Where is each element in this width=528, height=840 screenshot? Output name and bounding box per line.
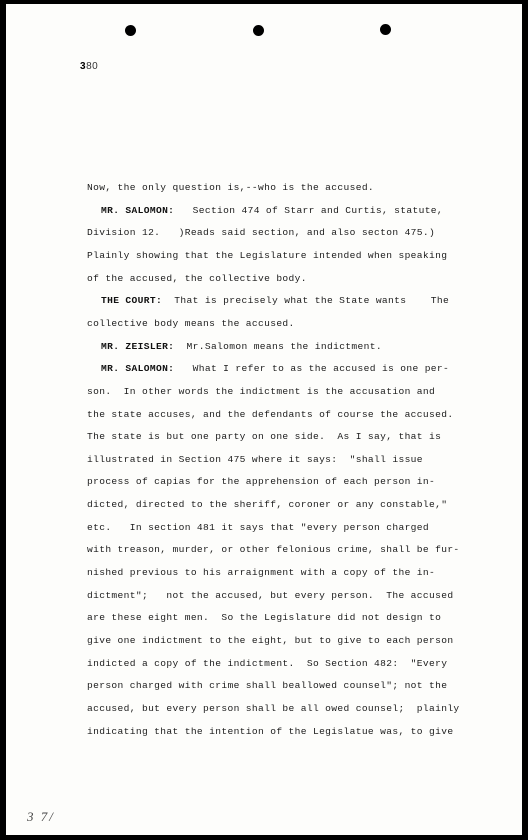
speaker-label: MR. ZEISLER: — [101, 341, 174, 352]
transcript-line: MR. SALOMON: What I refer to as the accu… — [101, 363, 449, 375]
transcript-line: person charged with crime shall beallowe… — [87, 680, 447, 692]
transcript-line: collective body means the accused. — [87, 318, 295, 330]
line-text: Plainly showing that the Legislature int… — [87, 250, 447, 261]
transcript-line: Plainly showing that the Legislature int… — [87, 250, 447, 262]
transcript-line: of the accused, the collective body. — [87, 273, 307, 285]
transcript-line: dicted, directed to the sheriff, coroner… — [87, 499, 447, 511]
transcript-line: illustrated in Section 475 where it says… — [87, 454, 423, 466]
transcript-line: MR. SALOMON: Section 474 of Starr and Cu… — [101, 205, 443, 217]
line-text: process of capias for the apprehension o… — [87, 476, 435, 487]
transcript-line: indicating that the intention of the Leg… — [87, 726, 453, 738]
page-number: 380 — [80, 61, 98, 72]
line-text: Section 474 of Starr and Curtis, statute… — [174, 205, 443, 216]
speaker-label: MR. SALOMON: — [101, 205, 174, 216]
line-text: That is precisely what the State wants T… — [162, 295, 449, 306]
transcript-line: THE COURT: That is precisely what the St… — [101, 295, 449, 307]
line-text: are these eight men. So the Legislature … — [87, 612, 441, 623]
transcript-line: nished previous to his arraignment with … — [87, 567, 435, 579]
transcript-line: etc. In section 481 it says that "every … — [87, 522, 429, 534]
punch-hole-left — [125, 25, 136, 36]
punch-hole-center — [253, 25, 264, 36]
transcript-line: son. In other words the indictment is th… — [87, 386, 435, 398]
document-page: 380 Now, the only question is,--who is t… — [6, 4, 522, 835]
line-text: The state is but one party on one side. … — [87, 431, 441, 442]
punch-hole-right — [380, 24, 391, 35]
line-text: accused, but every person shall be all o… — [87, 703, 460, 714]
speaker-label: MR. SALOMON: — [101, 363, 174, 374]
footer-number: 3 7/ — [27, 809, 55, 825]
line-text: person charged with crime shall beallowe… — [87, 680, 447, 691]
line-text: dicted, directed to the sheriff, coroner… — [87, 499, 447, 510]
line-text: indicted a copy of the indictment. So Se… — [87, 658, 447, 669]
line-text: son. In other words the indictment is th… — [87, 386, 435, 397]
line-text: Mr.Salomon means the indictment. — [174, 341, 382, 352]
transcript-line: the state accuses, and the defendants of… — [87, 409, 453, 421]
line-text: with treason, murder, or other felonious… — [87, 544, 460, 555]
transcript-line: Division 12. )Reads said section, and al… — [87, 227, 435, 239]
transcript-line: dictment"; not the accused, but every pe… — [87, 590, 453, 602]
line-text: the state accuses, and the defendants of… — [87, 409, 453, 420]
line-text: collective body means the accused. — [87, 318, 295, 329]
transcript-line: indicted a copy of the indictment. So Se… — [87, 658, 447, 670]
speaker-label: THE COURT: — [101, 295, 162, 306]
transcript-line: Now, the only question is,--who is the a… — [87, 182, 374, 194]
line-text: indicating that the intention of the Leg… — [87, 726, 453, 737]
line-text: Now, the only question is,--who is the a… — [87, 182, 374, 193]
transcript-line: process of capias for the apprehension o… — [87, 476, 435, 488]
line-text: dictment"; not the accused, but every pe… — [87, 590, 453, 601]
line-text: etc. In section 481 it says that "every … — [87, 522, 429, 533]
line-text: of the accused, the collective body. — [87, 273, 307, 284]
transcript-line: The state is but one party on one side. … — [87, 431, 441, 443]
transcript-line: accused, but every person shall be all o… — [87, 703, 460, 715]
transcript-line: give one indictment to the eight, but to… — [87, 635, 453, 647]
transcript-line: MR. ZEISLER: Mr.Salomon means the indict… — [101, 341, 382, 353]
line-text: give one indictment to the eight, but to… — [87, 635, 453, 646]
transcript-line: are these eight men. So the Legislature … — [87, 612, 441, 624]
line-text: illustrated in Section 475 where it says… — [87, 454, 423, 465]
transcript-line: with treason, murder, or other felonious… — [87, 544, 460, 556]
line-text: What I refer to as the accused is one pe… — [174, 363, 449, 374]
line-text: Division 12. )Reads said section, and al… — [87, 227, 435, 238]
line-text: nished previous to his arraignment with … — [87, 567, 435, 578]
